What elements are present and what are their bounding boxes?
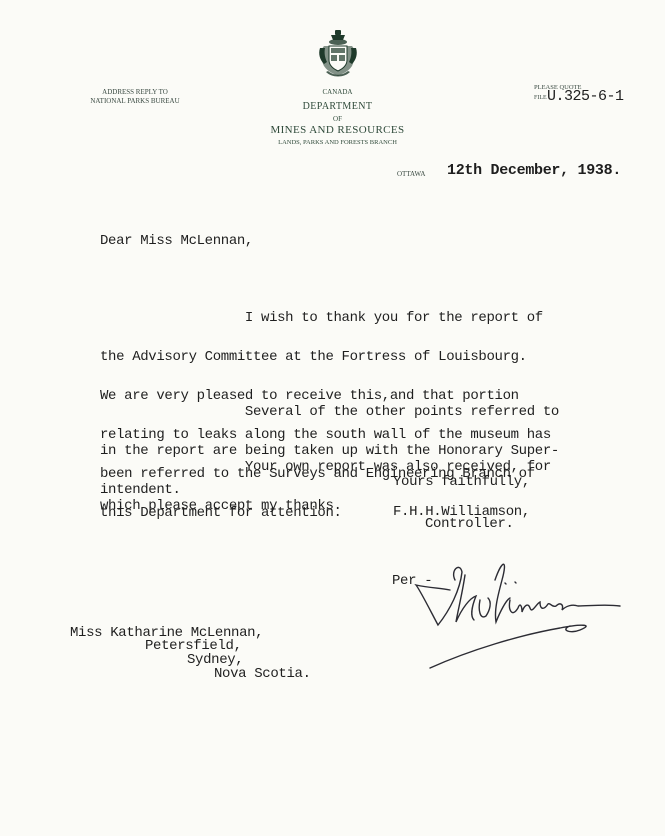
letter-date: 12th December, 1938. <box>447 162 621 179</box>
department-label: Department <box>260 101 415 112</box>
file-number: U.325-6-1 <box>547 88 624 105</box>
signer-title: Controller. <box>425 518 514 531</box>
ministry-label: Mines and Resources <box>250 124 425 136</box>
address-reply-block: Address reply to National Parks Bureau <box>80 88 190 106</box>
salutation: Dear Miss McLennan, <box>100 235 253 248</box>
address-reply-line1: Address reply to <box>80 88 190 97</box>
paragraph-line: Several of the other points referred to <box>100 406 559 419</box>
letter-page: Address reply to National Parks Bureau C… <box>0 0 665 836</box>
coat-of-arms-icon <box>318 30 358 80</box>
file-label: File <box>534 95 547 101</box>
paragraph-line: Your own report was also received, for <box>100 461 551 474</box>
country-label: Canada <box>290 88 385 96</box>
signature-icon <box>410 550 630 675</box>
address-reply-line2: National Parks Bureau <box>80 97 190 106</box>
paragraph-line: I wish to thank you for the report of <box>100 312 551 325</box>
closing: Yours faithfully, <box>393 476 530 489</box>
paragraph-line: the Advisory Committee at the Fortress o… <box>100 351 551 364</box>
of-label: of <box>310 115 365 123</box>
recipient-address-line: Nova Scotia. <box>214 668 311 681</box>
branch-label: Lands, Parks and Forests Branch <box>250 139 425 146</box>
city-label: Ottawa <box>397 170 425 178</box>
